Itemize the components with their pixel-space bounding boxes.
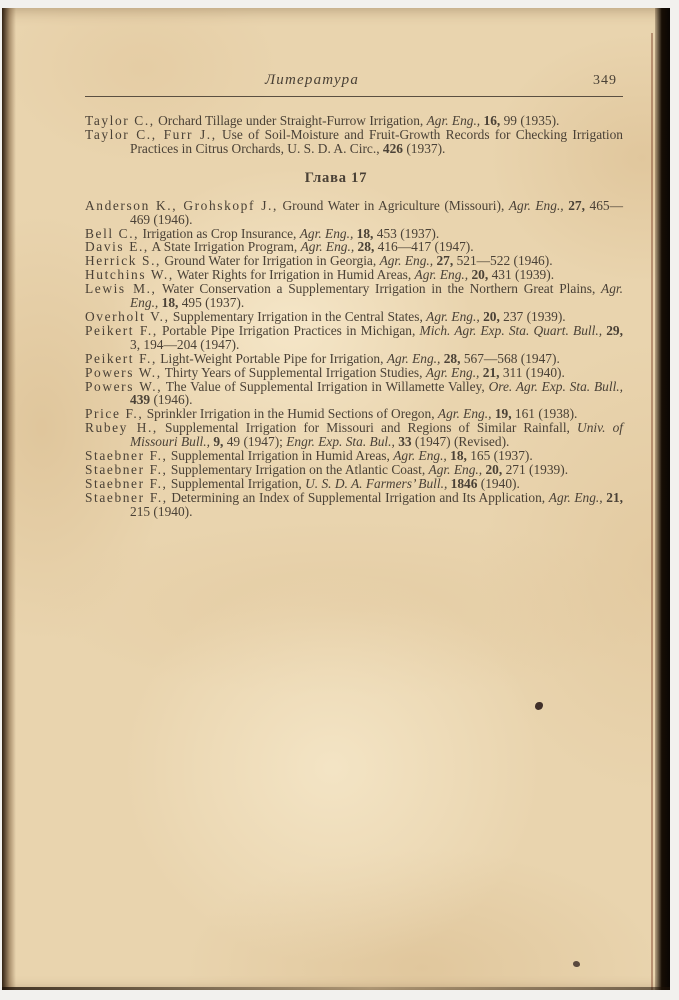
book-page: Литература 349 Taylor C., Orchard Tillag… xyxy=(2,8,670,990)
header-rule xyxy=(85,96,623,97)
running-head: Литература 349 xyxy=(85,72,623,92)
reference-entry: Lewis M., Water Conservation a Supplemen… xyxy=(85,282,623,310)
page-edge-bottom xyxy=(2,987,670,990)
reference-entry: Staebner F., Supplemental Irrigation, U.… xyxy=(85,477,623,491)
chapter-heading: Глава 17 xyxy=(67,170,605,187)
reference-entry: Rubey H., Supplemental Irrigation for Mi… xyxy=(85,421,623,449)
reference-entry: Powers W., The Value of Supplemental Irr… xyxy=(85,380,623,408)
reference-entry: Staebner F., Determining an Index of Sup… xyxy=(85,491,623,519)
reference-list-chapter: Anderson K., Grohskopf J., Ground Water … xyxy=(85,199,623,519)
reference-entry: Staebner F., Supplemental Irrigation in … xyxy=(85,449,623,463)
reference-entry: Taylor C., Furr J., Use of Soil-Moisture… xyxy=(85,128,623,156)
reference-entry: Staebner F., Supplementary Irrigation on… xyxy=(85,463,623,477)
reference-entry: Peikert F., Portable Pipe Irrigation Pra… xyxy=(85,324,623,352)
reference-entry: Herrick S., Ground Water for Irrigation … xyxy=(85,254,623,268)
reference-entry: Taylor C., Orchard Tillage under Straigh… xyxy=(85,114,623,128)
ink-speck xyxy=(535,702,543,710)
reference-entry: Peikert F., Light-Weight Portable Pipe f… xyxy=(85,352,623,366)
page-content: Литература 349 Taylor C., Orchard Tillag… xyxy=(85,8,623,519)
reference-entry: Price F., Sprinkler Irrigation in the Hu… xyxy=(85,407,623,421)
reference-entry: Bell C., Irrigation as Crop Insurance, A… xyxy=(85,227,623,241)
page-edge-right xyxy=(655,8,670,990)
reference-entry: Davis E., A State Irrigation Program, Ag… xyxy=(85,240,623,254)
reference-entry: Anderson K., Grohskopf J., Ground Water … xyxy=(85,199,623,227)
reference-entry: Powers W., Thirty Years of Supplemental … xyxy=(85,366,623,380)
reference-entry: Hutchins W., Water Rights for Irrigation… xyxy=(85,268,623,282)
page-number: 349 xyxy=(593,73,617,89)
running-head-title: Литература xyxy=(43,72,581,89)
page-edge-right-line xyxy=(651,33,653,990)
reference-list-top: Taylor C., Orchard Tillage under Straigh… xyxy=(85,114,623,156)
page-edge-left xyxy=(2,8,16,990)
ink-speck xyxy=(573,961,580,967)
reference-entry: Overholt V., Supplementary Irrigation in… xyxy=(85,310,623,324)
